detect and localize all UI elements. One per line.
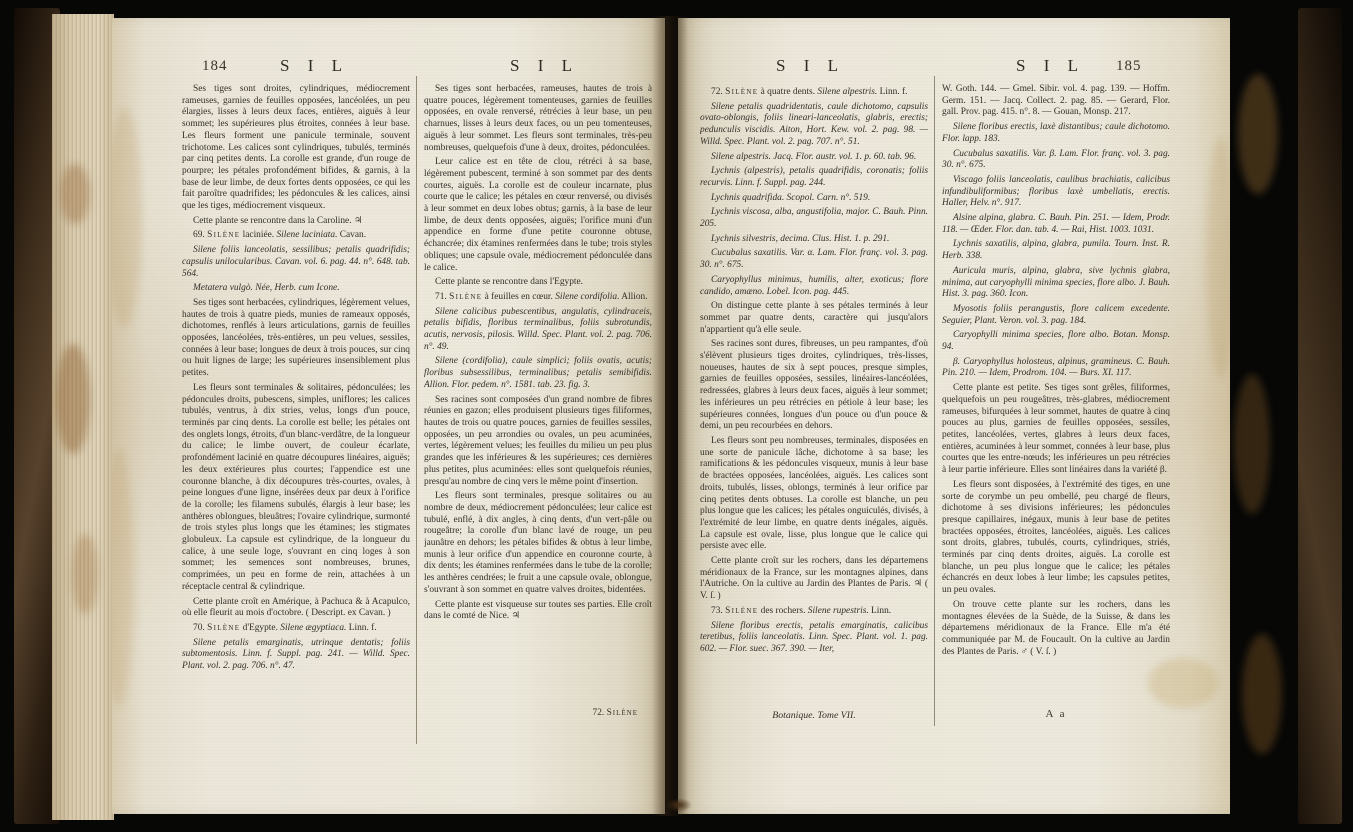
catchword-number: 72.	[593, 708, 605, 718]
page-fore-edge-left	[52, 14, 114, 820]
right-page: S I L S I L 185 72. Silène à quatre dent…	[678, 18, 1230, 814]
species-french-epithet: des rochers.	[758, 606, 807, 616]
species-number: 73.	[711, 606, 725, 616]
fore-edge-stain	[1238, 74, 1278, 194]
species-author: Cavan.	[337, 230, 366, 240]
book-gutter-shadow	[652, 16, 688, 816]
species-author: Linn. f.	[346, 623, 376, 633]
body-paragraph: Ses racines sont composées d'un grand no…	[424, 395, 652, 489]
species-heading: 73. Silène des rochers. Silene rupestris…	[700, 606, 928, 618]
species-genus: Silène	[449, 292, 482, 302]
species-latin-name: Silene cordifolia.	[555, 292, 619, 302]
signature-line: Botanique. Tome VII.	[700, 710, 928, 721]
foxing-stain	[112, 108, 142, 328]
species-latin-name: Silene alpestris.	[817, 87, 877, 97]
foxing-stain	[1206, 138, 1230, 378]
citation-paragraph: Lychnis (alpestris), petalis quadrifidis…	[700, 166, 928, 189]
species-latin-name: Silene rupestris.	[808, 606, 869, 616]
fore-edge-stain	[56, 344, 90, 454]
body-paragraph: Les fleurs sont disposées, à l'extrémité…	[942, 480, 1170, 597]
species-genus: Silène	[207, 230, 240, 240]
species-heading: 71. Silène à feuilles en cœur. Silene co…	[424, 292, 652, 304]
citation-paragraph: Lychnis quadrifida. Scopol. Carn. n°. 51…	[700, 193, 928, 205]
citation-paragraph: Silene foliis lanceolatis, sessilibus; p…	[182, 245, 410, 280]
species-number: 72.	[711, 87, 725, 97]
species-latin-name: Silene ægyptiaca.	[280, 623, 346, 633]
citation-paragraph: Silene floribus erectis, petalis emargin…	[700, 621, 928, 656]
body-paragraph: On distingue cette plante à ses pétales …	[700, 301, 928, 336]
book-cover-right	[1298, 8, 1342, 824]
species-genus: Silène	[725, 87, 758, 97]
citation-paragraph: Silene floribus erectis, laxè distantibu…	[942, 122, 1170, 145]
fore-edge-stain	[72, 534, 98, 614]
body-paragraph: Ses tiges sont herbacées, cylindriques, …	[182, 298, 410, 380]
citation-paragraph: Myosotis foliis perangustis, flore calic…	[942, 304, 1170, 327]
species-number: 69.	[193, 230, 207, 240]
fore-edge-stain	[1234, 374, 1270, 514]
page-number-right: 185	[1116, 58, 1142, 75]
species-french-epithet: à quatre dents.	[758, 87, 817, 97]
citation-paragraph: Cucubalus saxatilis. Var. α. Lam. Flor. …	[700, 248, 928, 271]
species-genus: Silène	[207, 623, 240, 633]
citation-paragraph: Caryophylli minima species, flore albo. …	[942, 330, 1170, 353]
species-french-epithet: d'Egypte.	[240, 623, 280, 633]
species-author: Linn.	[869, 606, 891, 616]
citation-paragraph: Alsine alpina, glabra. C. Bauh. Pin. 251…	[942, 213, 1170, 236]
citation-paragraph: Silene petalis quadridentatis, caule dic…	[700, 102, 928, 149]
citation-paragraph: Metatera vulgò. Née, Herb. cum Icone.	[182, 283, 410, 295]
species-number: 70.	[193, 623, 207, 633]
body-paragraph: Ses tiges sont herbacées, rameuses, haut…	[424, 84, 652, 154]
citation-paragraph: Silene calicibus pubescentibus, angulati…	[424, 307, 652, 354]
body-paragraph: Cette plante est visqueuse sur toutes se…	[424, 600, 652, 623]
citation-paragraph: Lychnis saxatilis, alpina, glabra, pumil…	[942, 239, 1170, 262]
body-paragraph: W. Goth. 144. — Gmel. Sibir. vol. 4. pag…	[942, 84, 1170, 119]
species-heading: 69. Silène laciniée. Silene laciniata. C…	[182, 230, 410, 242]
body-paragraph: Les fleurs sont peu nombreuses, terminal…	[700, 436, 928, 553]
body-paragraph: Ses tiges sont droites, cylindriques, mé…	[182, 84, 410, 213]
species-heading: 70. Silène d'Egypte. Silene ægyptiaca. L…	[182, 623, 410, 635]
body-paragraph: Ses racines sont dures, fibreuses, un pe…	[700, 339, 928, 433]
species-author: Allion.	[619, 292, 647, 302]
citation-paragraph: Lychnis viscosa, alba, angustifolia, maj…	[700, 207, 928, 230]
text-column-3: 72. Silène à quatre dents. Silene alpest…	[700, 84, 928, 710]
species-genus: Silène	[725, 606, 758, 616]
text-column-2: Ses tiges sont herbacées, rameuses, haut…	[424, 84, 652, 740]
body-paragraph: Cette plante croît sur les rochers, dans…	[700, 556, 928, 603]
fore-edge-stain	[60, 164, 90, 224]
species-latin-name: Silene laciniata.	[276, 230, 337, 240]
running-head: S I L	[510, 56, 579, 76]
running-head: S I L	[280, 56, 349, 76]
foxing-stain	[112, 448, 134, 708]
species-author: Linn. f.	[877, 87, 907, 97]
citation-paragraph: Viscago foliis lanceolatis, caulibus bra…	[942, 175, 1170, 210]
text-column-4: W. Goth. 144. — Gmel. Sibir. vol. 4. pag…	[942, 84, 1170, 710]
body-paragraph: Les fleurs sont terminales & solitaires,…	[182, 383, 410, 594]
left-page: 184 S I L S I L Ses tiges sont droites, …	[112, 18, 665, 814]
column-divider	[934, 76, 935, 726]
gathering-mark: A a	[942, 708, 1170, 720]
citation-paragraph: Silene (cordifolia), caule simplici; fol…	[424, 356, 652, 391]
species-french-epithet: à feuilles en cœur.	[482, 292, 555, 302]
citation-paragraph: Lychnis silvestris, decima. Clus. Hist. …	[700, 234, 928, 246]
species-french-epithet: laciniée.	[240, 230, 276, 240]
body-paragraph: Cette plante est petite. Ses tiges sont …	[942, 383, 1170, 477]
page-fore-edge-right	[1228, 14, 1300, 820]
text-column-1: Ses tiges sont droites, cylindriques, mé…	[182, 84, 410, 740]
species-number: 71.	[435, 292, 449, 302]
fore-edge-stain	[1242, 634, 1282, 754]
citation-paragraph: Silene petalis emarginatis, utrinque den…	[182, 638, 410, 673]
body-paragraph: Cette plante croît en Amérique, à Pachuc…	[182, 597, 410, 620]
running-head: S I L	[776, 56, 845, 76]
species-heading: 72. Silène à quatre dents. Silene alpest…	[700, 87, 928, 99]
column-divider	[416, 76, 417, 744]
body-paragraph: Leur calice est en tête de clou, rétréci…	[424, 157, 652, 274]
body-paragraph: Cette plante se rencontre dans la Caroli…	[182, 216, 410, 228]
running-head: S I L	[1016, 56, 1085, 76]
citation-paragraph: Cucubalus saxatilis. Var. β. Lam. Flor. …	[942, 149, 1170, 172]
citation-paragraph: Caryophyllus minimus, humilis, alter, ex…	[700, 275, 928, 298]
citation-paragraph: β. Caryophyllus holosteus, alpinus, gram…	[942, 357, 1170, 380]
body-paragraph: On trouve cette plante sur les rochers, …	[942, 600, 1170, 659]
citation-paragraph: Auricula muris, alpina, glabra, sive lyc…	[942, 266, 1170, 301]
body-paragraph: Cette plante se rencontre dans l'Egypte.	[424, 277, 652, 289]
catchword: 72. Silène	[424, 708, 652, 718]
catchword-word: Silène	[607, 708, 638, 718]
citation-paragraph: Silene alpestris. Jacq. Flor. austr. vol…	[700, 152, 928, 164]
gutter-notch	[666, 798, 692, 812]
page-number-left: 184	[202, 58, 228, 75]
body-paragraph: Les fleurs sont terminales, presque soli…	[424, 491, 652, 596]
